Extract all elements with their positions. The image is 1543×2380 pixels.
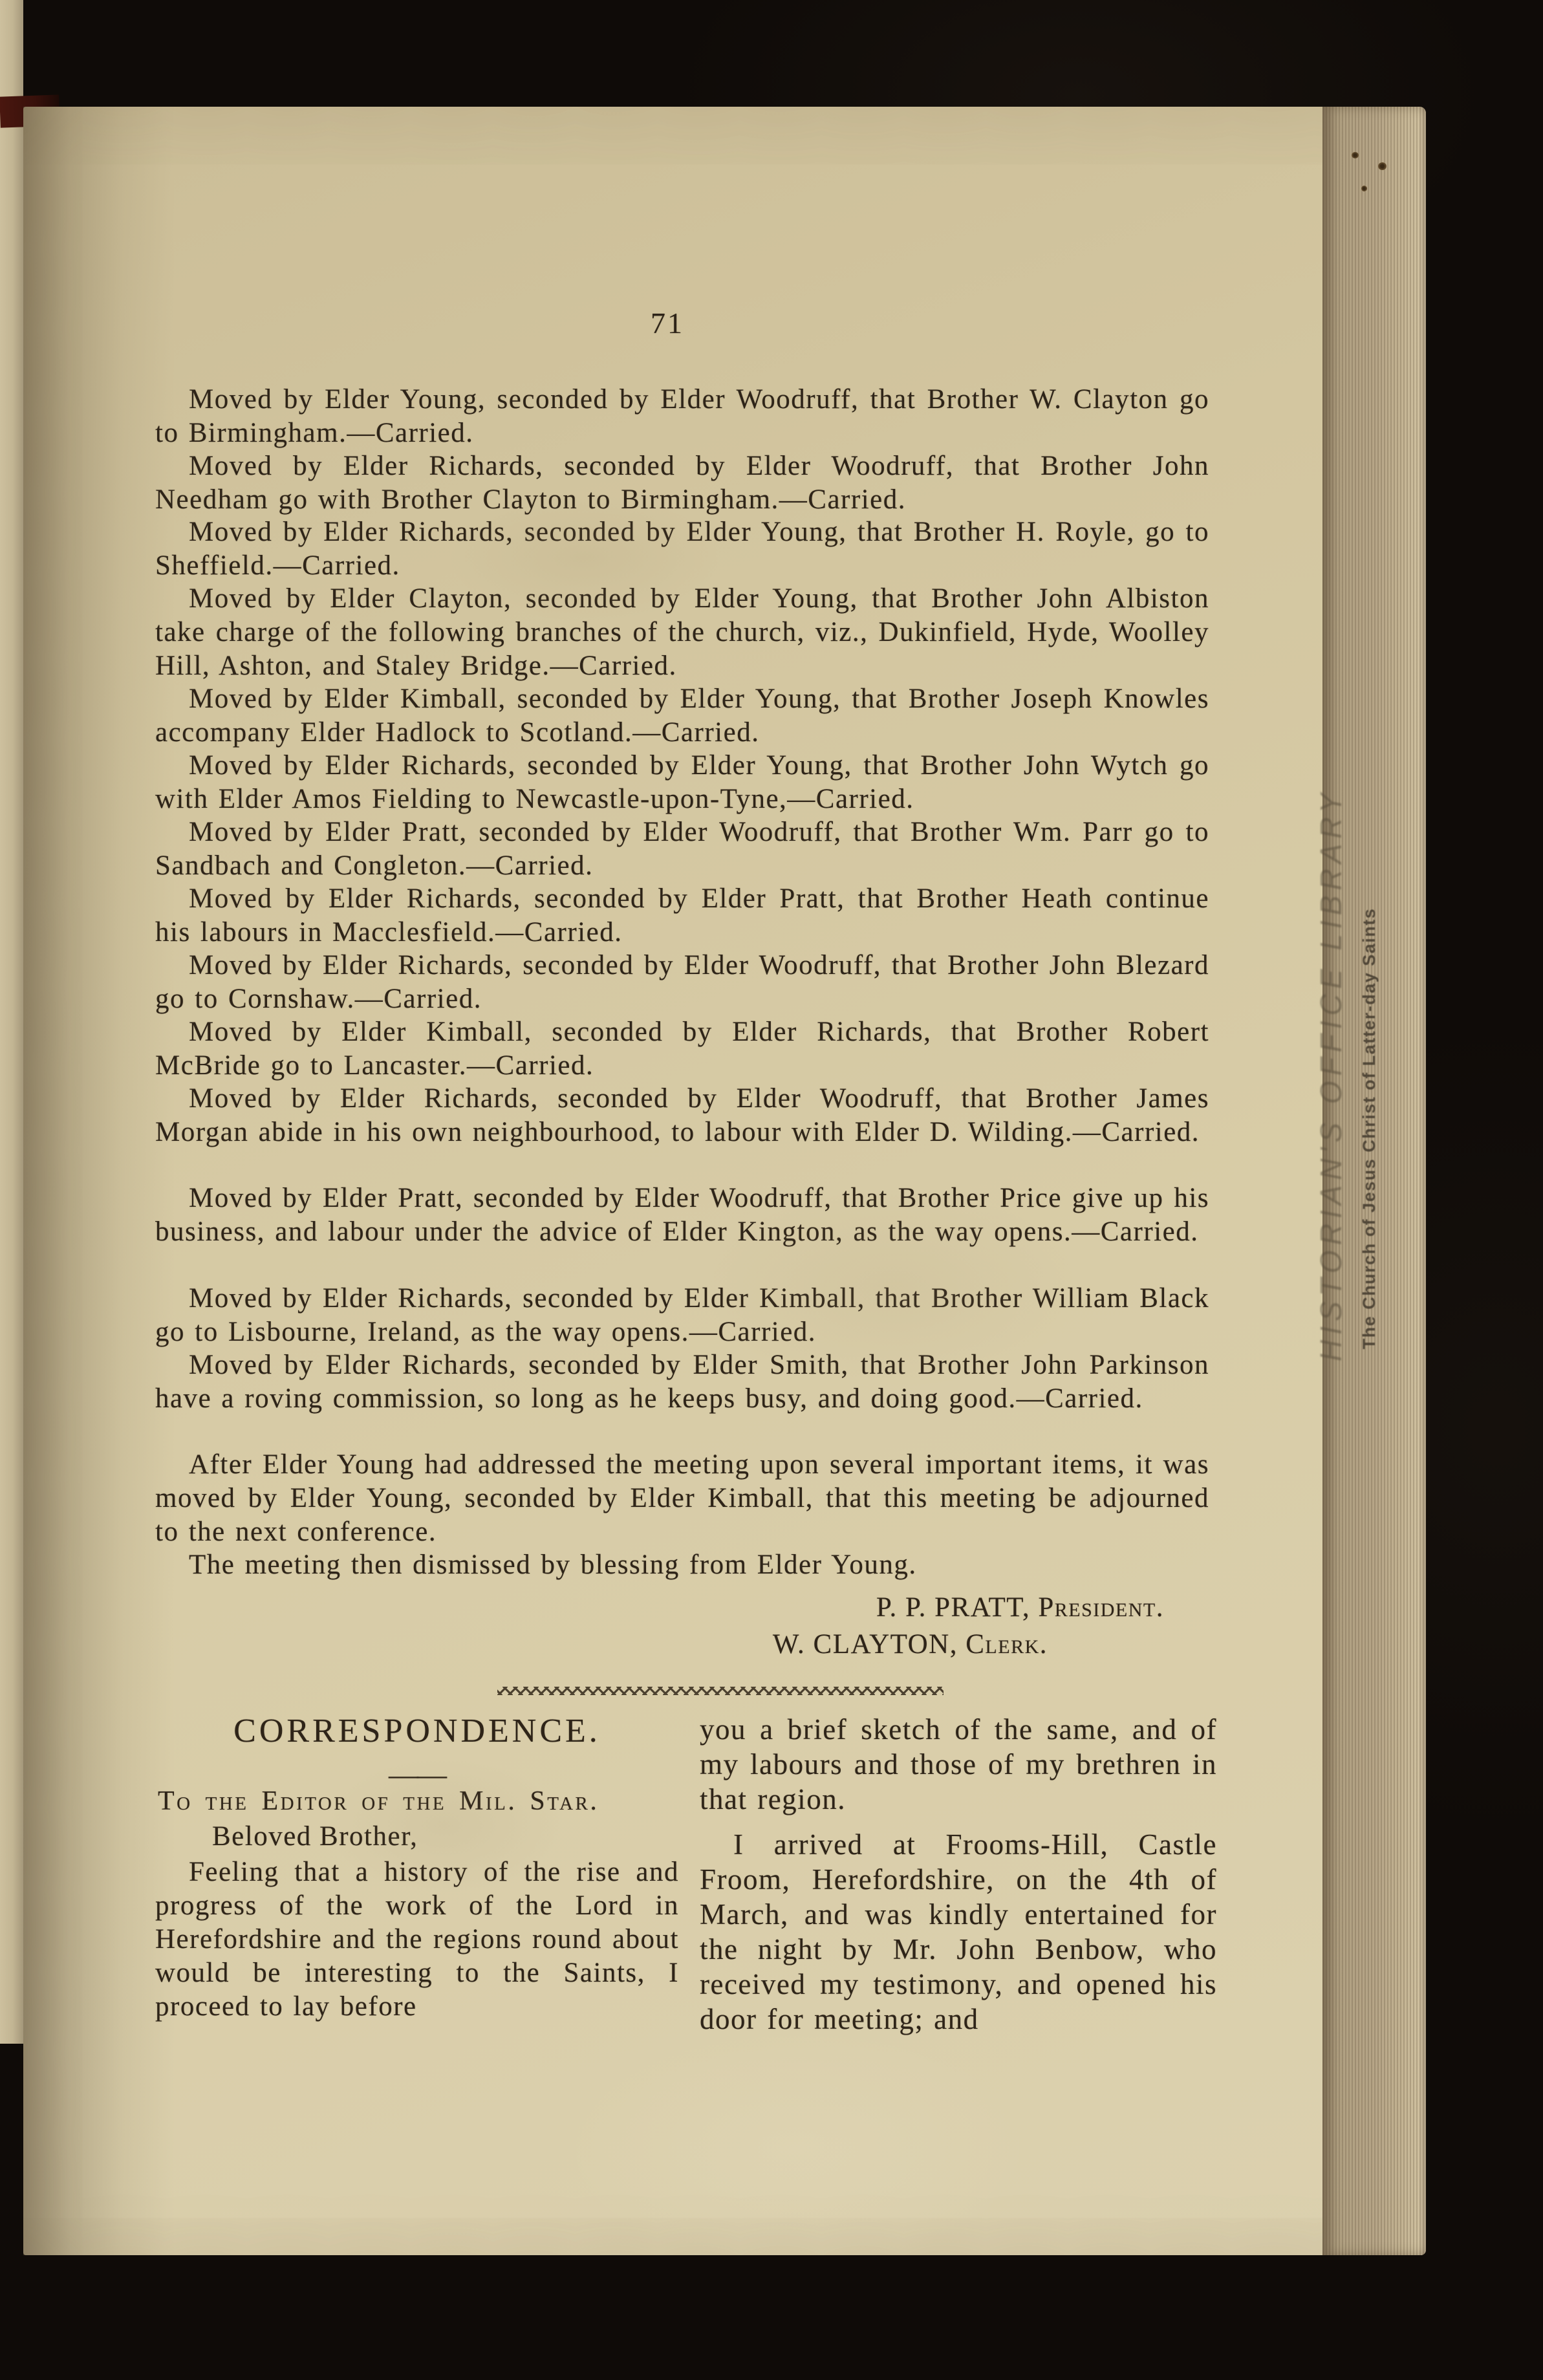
minute-paragraph: Moved by Elder Richards, seconded by Eld… — [155, 1282, 1209, 1349]
signature-clerk: W. CLAYTON, Clerk. — [773, 1628, 1048, 1660]
minute-paragraph: Moved by Elder Richards, seconded by Eld… — [155, 515, 1209, 583]
letter-paragraph: I arrived at Frooms-Hill, Castle Froom, … — [700, 1827, 1217, 2037]
wormhole-speck — [1352, 152, 1359, 158]
minute-paragraph: Moved by Elder Richards, seconded by Eld… — [155, 749, 1209, 816]
letter-paragraph: you a brief sketch of the same, and of m… — [700, 1712, 1217, 1817]
signature-title: Clerk. — [966, 1629, 1048, 1660]
facing-page-edge — [0, 0, 23, 2044]
signature-title: President. — [1038, 1592, 1164, 1623]
book-page: 71 Moved by Elder Young, seconded by Eld… — [23, 107, 1426, 2255]
section-divider — [497, 1687, 944, 1695]
minute-paragraph: Moved by Elder Richards, seconded by Eld… — [155, 882, 1209, 949]
minute-paragraph: Moved by Elder Richards, seconded by Eld… — [155, 449, 1209, 517]
page-number: 71 — [651, 306, 684, 340]
wormhole-speck — [1378, 162, 1387, 170]
signature-name: P. P. PRATT, — [876, 1592, 1039, 1623]
letter-paragraph: Feeling that a history of the rise and p… — [155, 1855, 679, 2024]
minute-paragraph: Moved by Elder Pratt, seconded by Elder … — [155, 1182, 1209, 1249]
minute-paragraph: The meeting then dismissed by blessing f… — [155, 1548, 1209, 1582]
minute-paragraph: Moved by Elder Kimball, seconded by Elde… — [155, 682, 1209, 750]
minute-paragraph: Moved by Elder Kimball, seconded by Elde… — [155, 1015, 1209, 1083]
wormhole-speck — [1361, 186, 1367, 191]
minute-paragraph: Moved by Elder Richards, seconded by Eld… — [155, 949, 1209, 1016]
minute-paragraph: Moved by Elder Clayton, seconded by Elde… — [155, 582, 1209, 683]
minute-paragraph: After Elder Young had addressed the meet… — [155, 1448, 1209, 1549]
correspondence-right-column: you a brief sketch of the same, and of m… — [700, 1712, 1217, 2037]
editor-salutation: To the Editor of the Mil. Star. — [158, 1786, 599, 1817]
minute-paragraph: Moved by Elder Richards, seconded by Eld… — [155, 1082, 1209, 1149]
signature-name: W. CLAYTON, — [773, 1629, 966, 1660]
library-stamp: HISTORIAN'S OFFICE LIBRARY — [1313, 825, 1349, 1361]
church-stamp: The Church of Jesus Christ of Latter-day… — [1358, 902, 1380, 1355]
signature-president: P. P. PRATT, President. — [876, 1592, 1164, 1623]
scanner-background: { "page": { "number": "71" }, "minutes":… — [0, 0, 1543, 2380]
minute-paragraph: Moved by Elder Pratt, seconded by Elder … — [155, 816, 1209, 883]
minute-paragraph: Moved by Elder Young, seconded by Elder … — [155, 383, 1209, 450]
page-gutter-shadow — [23, 107, 175, 2255]
correspondence-heading: CORRESPONDENCE. — [155, 1712, 679, 1750]
minute-paragraph: Moved by Elder Richards, seconded by Eld… — [155, 1348, 1209, 1416]
letter-greeting: Beloved Brother, — [212, 1821, 418, 1852]
